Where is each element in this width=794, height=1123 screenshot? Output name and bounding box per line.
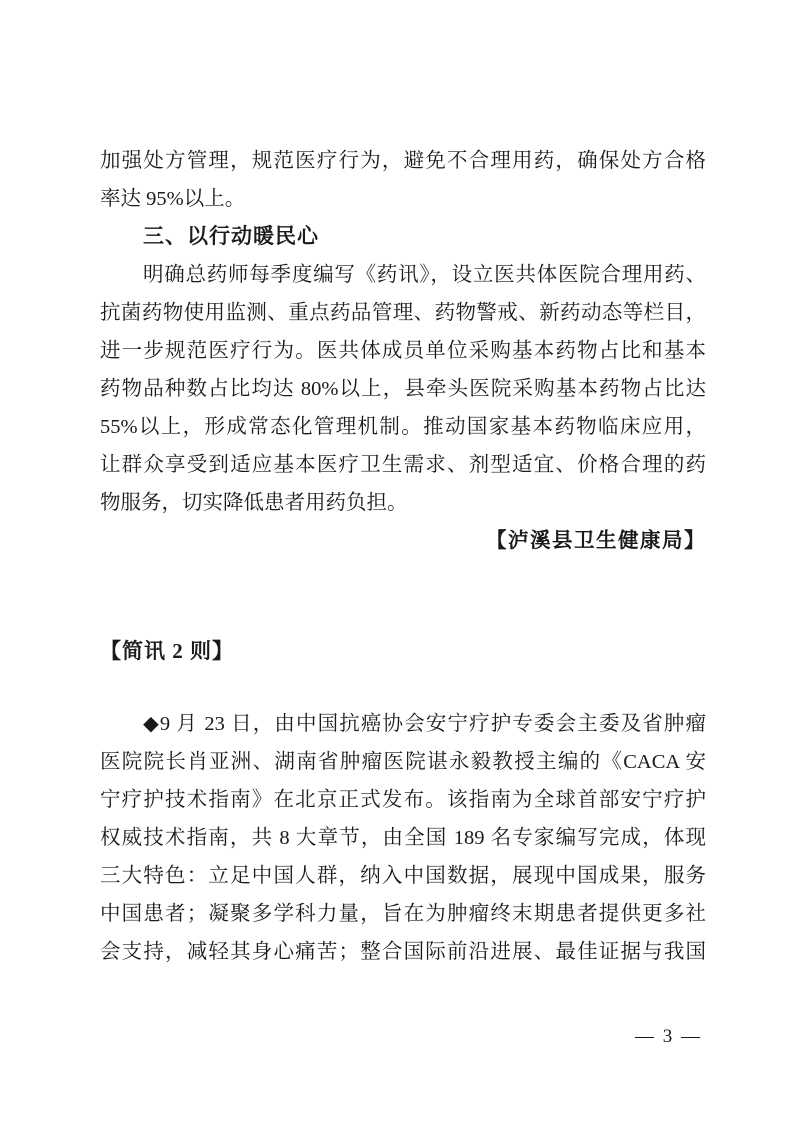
- document-page: 加强处方管理，规范医疗行为，避免不合理用药，确保处方合格 率达 95%以上。 三…: [0, 0, 794, 1123]
- text-line: 进一步规范医疗行为。医共体成员单位采购基本药物占比和基本: [100, 332, 706, 370]
- text-line: 抗菌药物使用监测、重点药品管理、药物警戒、新药动态等栏目，: [100, 294, 706, 332]
- text-line: 物服务，切实降低患者用药负担。: [100, 484, 706, 522]
- text-line: 医院院长肖亚洲、湖南省肿瘤医院谌永毅教授主编的《CACA 安: [100, 743, 706, 781]
- brief-item-paragraph: ◆9 月 23 日，由中国抗癌协会安宁疗护专委会主委及省肿瘤 医院院长肖亚洲、湖…: [100, 705, 706, 971]
- text-line: 率达 95%以上。: [100, 180, 706, 218]
- text-line: 权威技术指南，共 8 大章节，由全国 189 名专家编写完成，体现: [100, 819, 706, 857]
- text-line: 中国患者；凝聚多学科力量，旨在为肿瘤终末期患者提供更多社: [100, 895, 706, 933]
- text-line: 药物品种数占比均达 80%以上，县牵头医院采购基本药物占比达: [100, 370, 706, 408]
- page-number: — 3 —: [635, 1026, 702, 1048]
- text-line: 加强处方管理，规范医疗行为，避免不合理用药，确保处方合格: [100, 142, 706, 180]
- text-line: 55%以上，形成常态化管理机制。推动国家基本药物临床应用，: [100, 408, 706, 446]
- briefs-section-header: 【简讯 2 则】: [100, 632, 706, 670]
- continuation-paragraph: 加强处方管理，规范医疗行为，避免不合理用药，确保处方合格 率达 95%以上。: [100, 142, 706, 218]
- text-line: 三大特色：立足中国人群，纳入中国数据，展现中国成果，服务: [100, 857, 706, 895]
- text-line: ◆9 月 23 日，由中国抗癌协会安宁疗护专委会主委及省肿瘤: [100, 705, 706, 743]
- section-heading: 三、以行动暖民心: [100, 218, 706, 256]
- text-line: 会支持，减轻其身心痛苦；整合国际前沿进展、最佳证据与我国: [100, 933, 706, 971]
- text-line: 明确总药师每季度编写《药讯》，设立医共体医院合理用药、: [100, 256, 706, 294]
- text-line: 让群众享受到适应基本医疗卫生需求、剂型适宜、价格合理的药: [100, 446, 706, 484]
- text-line: 宁疗护技术指南》在北京正式发布。该指南为全球首部安宁疗护: [100, 781, 706, 819]
- attribution-signature: 【泸溪县卫生健康局】: [100, 522, 706, 560]
- action-paragraph: 明确总药师每季度编写《药讯》，设立医共体医院合理用药、 抗菌药物使用监测、重点药…: [100, 256, 706, 522]
